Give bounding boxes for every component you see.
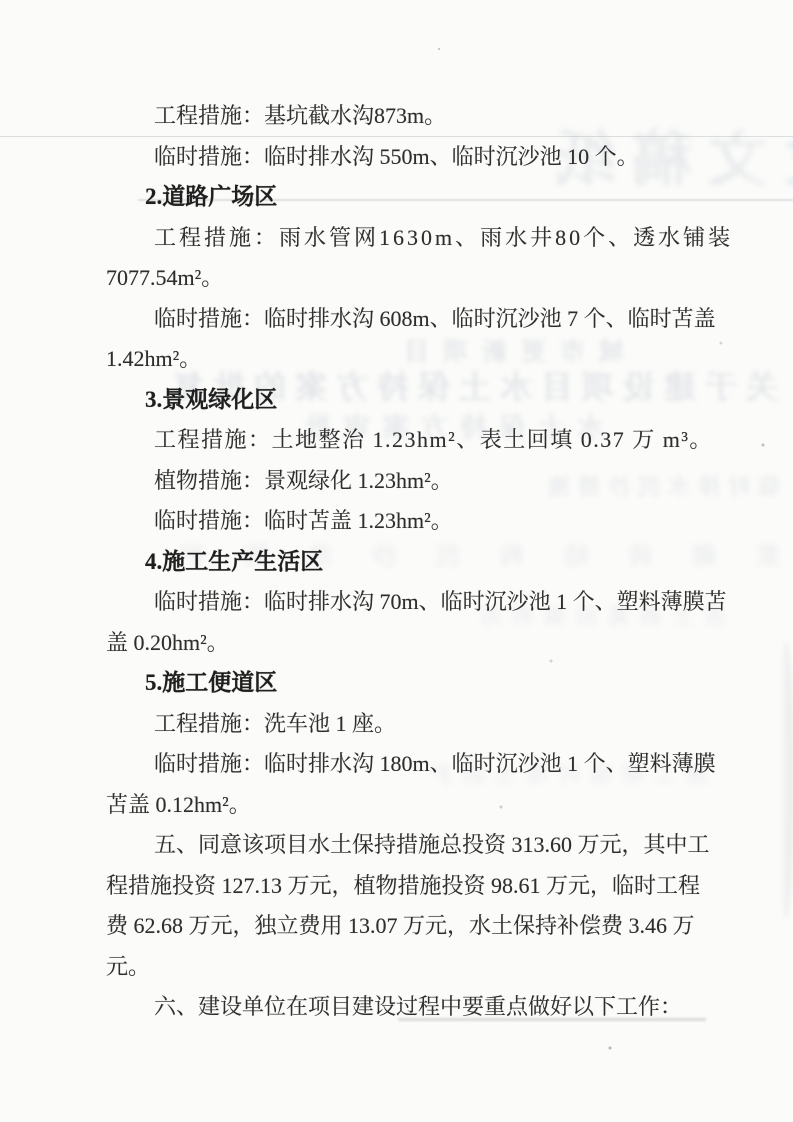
text-line: 临时措施：临时排水沟 608m、临时沉沙池 7 个、临时苫盖: [106, 299, 710, 340]
section-heading: 5.施工便道区: [106, 663, 710, 704]
page-edge-shadow: [779, 640, 793, 920]
text-line: 盖 0.20hm²。: [106, 623, 710, 664]
text-line: 工程措施：基坑截水沟873m。: [106, 96, 710, 137]
text-line: 临时措施：临时排水沟 70m、临时沉沙池 1 个、塑料薄膜苫: [106, 582, 710, 623]
text-line: 工程措施：洗车池 1 座。: [106, 704, 710, 745]
text-line: 植物措施：景观绿化 1.23hm²。: [106, 461, 710, 502]
section-heading: 2.道路广场区: [106, 177, 710, 218]
text-line: 苫盖 0.12hm²。: [106, 785, 710, 826]
text-line: 元。: [106, 947, 710, 988]
text-line: 五、同意该项目水土保持措施总投资 313.60 万元，其中工: [106, 825, 710, 866]
document-body: 工程措施：基坑截水沟873m。 临时措施：临时排水沟 550m、临时沉沙池 10…: [106, 96, 710, 1028]
scanned-document-page: 发文稿纸 城市更新项目 关于建设项目水土保持方案的批复 水土保持方案审批 临时排…: [0, 0, 793, 1122]
text-line: 工程措施：土地整治 1.23hm²、表土回填 0.37 万 m³。: [106, 420, 710, 461]
text-line: 工程措施：雨水管网1630m、雨水井80个、透水铺装: [106, 218, 710, 259]
text-line: 1.42hm²。: [106, 339, 710, 380]
section-heading: 4.施工生产生活区: [106, 542, 710, 583]
text-line: 程措施投资 127.13 万元，植物措施投资 98.61 万元，临时工程: [106, 866, 710, 907]
text-line: 六、建设单位在项目建设过程中要重点做好以下工作：: [106, 987, 710, 1028]
text-line: 7077.54m²。: [106, 258, 710, 299]
text-line: 费 62.68 万元，独立费用 13.07 万元，水土保持补偿费 3.46 万: [106, 906, 710, 947]
text-line: 临时措施：临时苫盖 1.23hm²。: [106, 501, 710, 542]
text-line: 临时措施：临时排水沟 550m、临时沉沙池 10 个。: [106, 137, 710, 178]
scan-speck-dots: [438, 48, 440, 50]
section-heading: 3.景观绿化区: [106, 380, 710, 421]
text-line: 临时措施：临时排水沟 180m、临时沉沙池 1 个、塑料薄膜: [106, 744, 710, 785]
